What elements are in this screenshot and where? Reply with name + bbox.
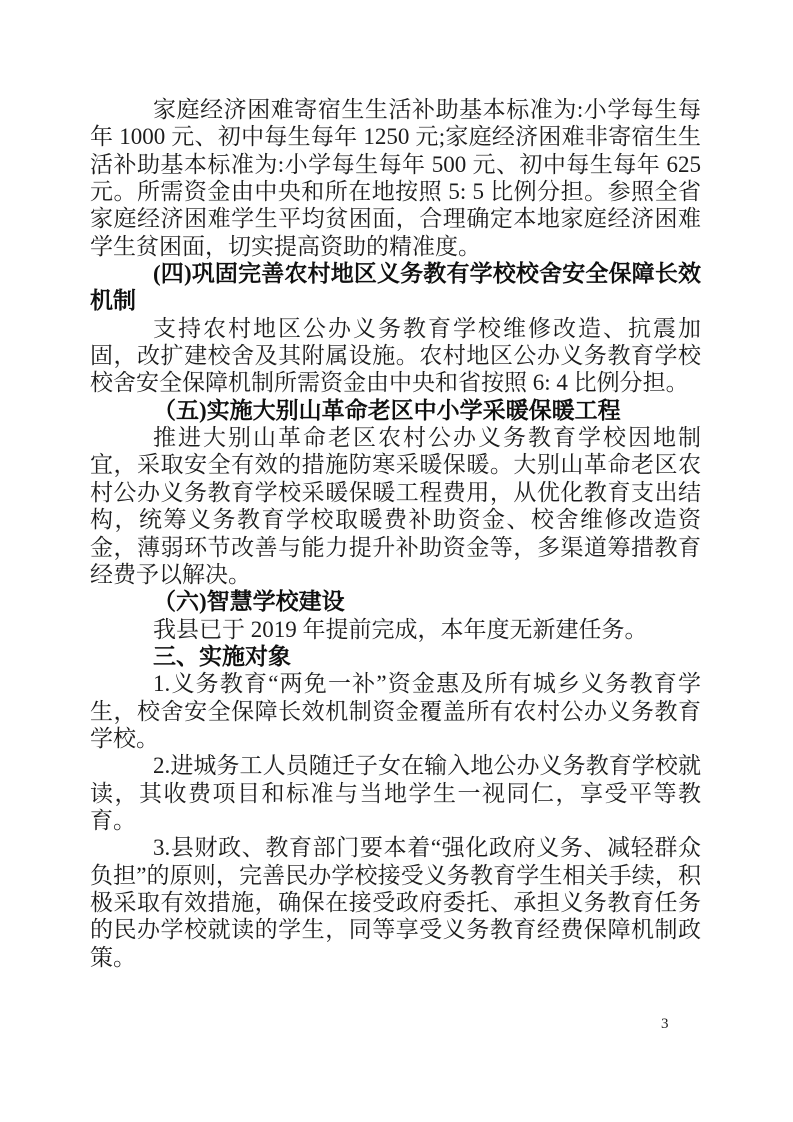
document-page: 家庭经济困难寄宿生生活补助基本标准为:小学每生每年 1000 元、初中每生每年 … (0, 0, 793, 1122)
section-heading: (四)巩固完善农村地区义务教有学校校舍安全保障长效机制 (90, 260, 701, 315)
section-heading: 三、实施对象 (90, 643, 701, 670)
body-paragraph: 1.义务教育“两免一补”资金惠及所有城乡义务教育学生，校舍安全保障长效机制资金覆… (90, 670, 701, 752)
body-paragraph: 3.县财政、教育部门要本着“强化政府义务、减轻群众负担”的原则，完善民办学校接受… (90, 834, 701, 971)
section-heading: （五)实施大别山革命老区中小学采暖保暖工程 (90, 397, 701, 424)
body-paragraph: 家庭经济困难寄宿生生活补助基本标准为:小学每生每年 1000 元、初中每生每年 … (90, 96, 701, 260)
body-paragraph: 支持农村地区公办义务教育学校维修改造、抗震加固，改扩建校舍及其附属设施。农村地区… (90, 315, 701, 397)
page-number: 3 (661, 1016, 669, 1033)
body-paragraph: 2.进城务工人员随迁子女在输入地公办义务教育学校就读，其收费项目和标准与当地学生… (90, 752, 701, 834)
document-text-block: 家庭经济困难寄宿生生活补助基本标准为:小学每生每年 1000 元、初中每生每年 … (90, 96, 701, 971)
body-paragraph: 我县已于 2019 年提前完成，本年度无新建任务。 (90, 616, 701, 643)
section-heading: （六)智慧学校建设 (90, 588, 701, 615)
body-paragraph: 推进大别山革命老区农村公办义务教育学校因地制宜，采取安全有效的措施防寒采暖保暖。… (90, 424, 701, 588)
